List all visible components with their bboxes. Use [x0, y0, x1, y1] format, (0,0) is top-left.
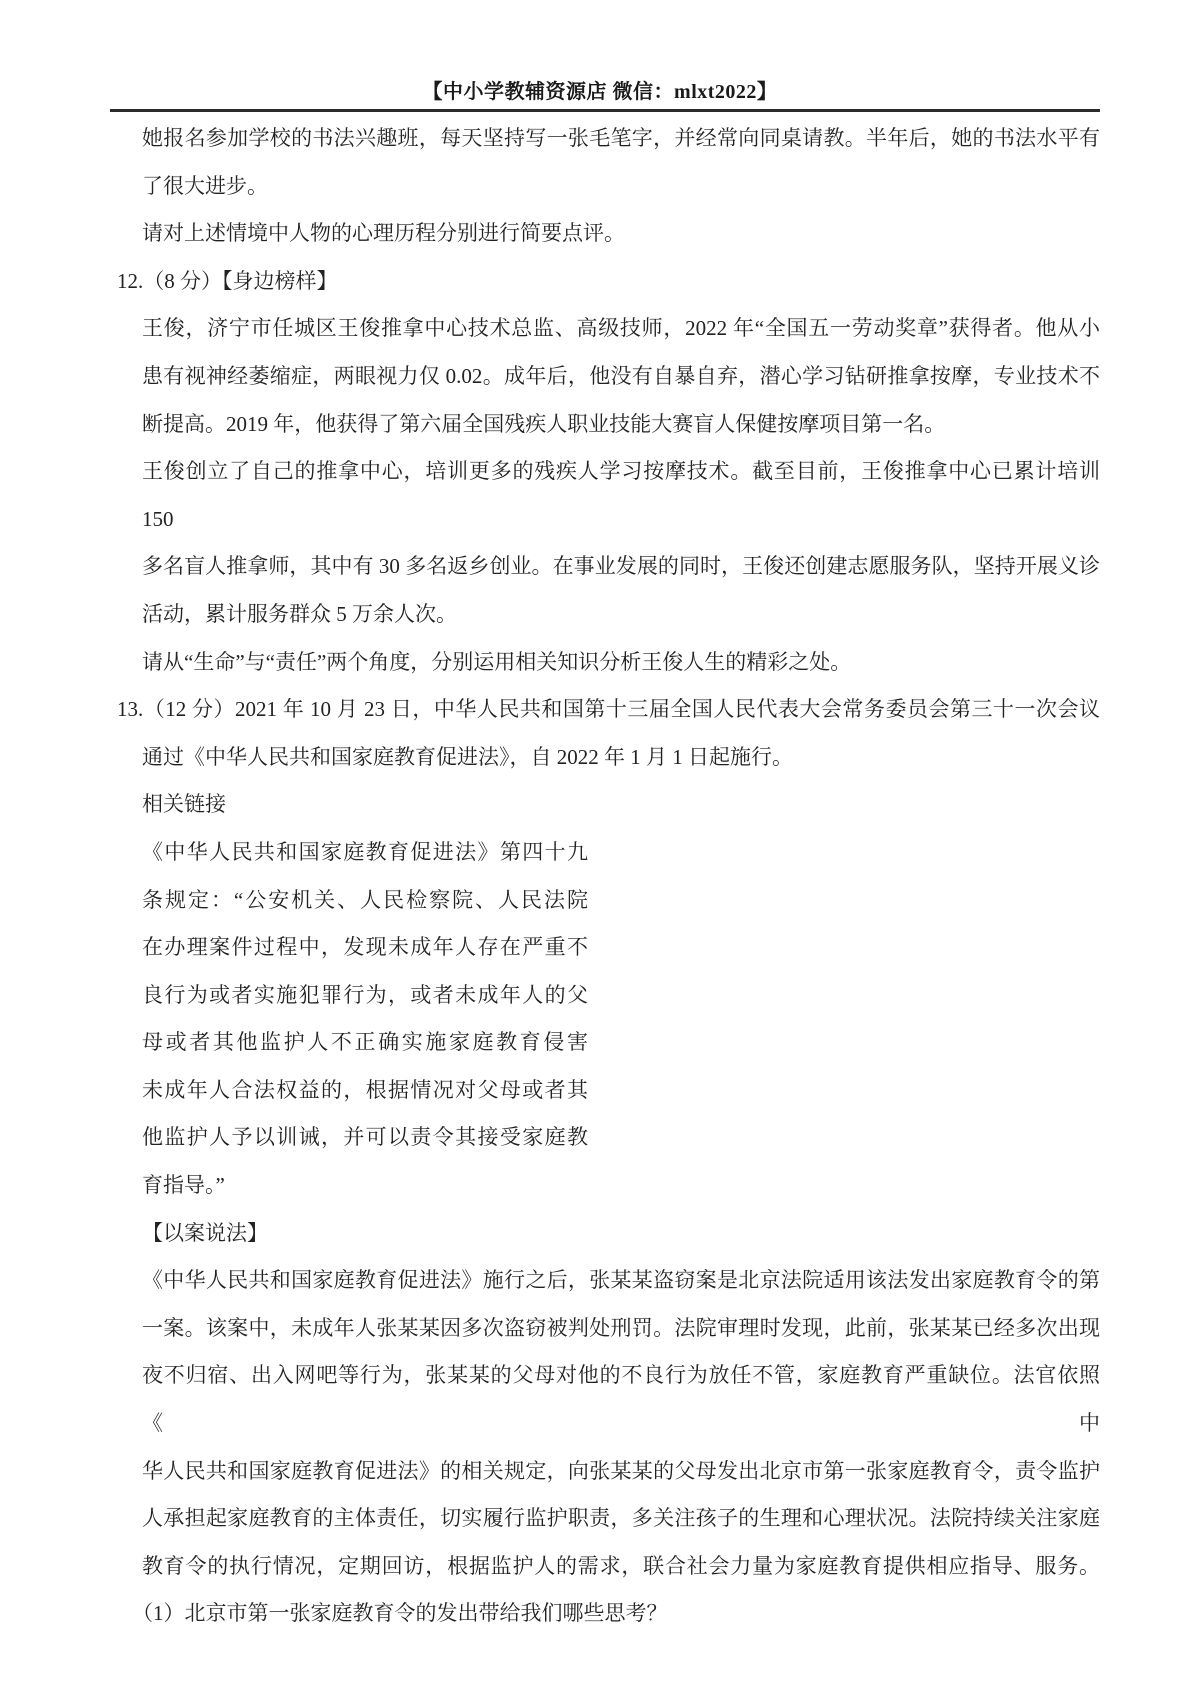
paragraph-line: 请对上述情境中人物的心理历程分别进行简要点评。: [142, 210, 1100, 258]
header-divider: [110, 109, 1100, 112]
law-excerpt-line: 条规定：“公安机关、人民检察院、人民法院: [142, 877, 588, 925]
law-excerpt-line: 良行为或者实施犯罪行为，或者未成年人的父: [142, 972, 588, 1020]
law-excerpt-line: 未成年人合法权益的，根据情况对父母或者其: [142, 1067, 588, 1115]
law-excerpt-line: 他监护人予以训诫，并可以责令其接受家庭教: [142, 1114, 588, 1162]
paragraph-line: 活动，累计服务群众 5 万余人次。: [142, 591, 1100, 639]
paragraph-line: 她报名参加学校的书法兴趣班，每天坚持写一张毛笔字，并经常向同桌请教。半年后，她的…: [142, 115, 1100, 163]
paragraph-line: 了很大进步。: [142, 163, 1100, 211]
law-excerpt-line: 《中华人民共和国家庭教育促进法》第四十九: [142, 829, 588, 877]
paragraph-line: 患有视神经萎缩症，两眼视力仅 0.02。成年后，他没有自暴自弃，潜心学习钻研推拿…: [142, 353, 1100, 401]
case-study-label: 【以案说法】: [142, 1210, 1100, 1258]
paragraph-line: 《中华人民共和国家庭教育促进法》施行之后，张某某盗窃案是北京法院适用该法发出家庭…: [142, 1257, 1100, 1305]
document-body: 她报名参加学校的书法兴趣班，每天坚持写一张毛笔字，并经常向同桌请教。半年后，她的…: [142, 115, 1100, 1638]
paragraph-line: 人承担起家庭教育的主体责任，切实履行监护职责，多关注孩子的生理和心理状况。法院持…: [142, 1495, 1100, 1543]
paragraph-line: 断提高。2019 年，他获得了第六届全国残疾人职业技能大赛盲人保健按摩项目第一名…: [142, 401, 1100, 449]
question-13-heading: 13.（12 分）2021 年 10 月 23 日，中华人民共和国第十三届全国人…: [117, 686, 1100, 734]
paragraph-line: 教育令的执行情况，定期回访，根据监护人的需求，联合社会力量为家庭教育提供相应指导…: [142, 1543, 1100, 1591]
paragraph-line: 华人民共和国家庭教育促进法》的相关规定，向张某某的父母发出北京市第一张家庭教育令…: [142, 1448, 1100, 1496]
paragraph-line: 请从“生命”与“责任”两个角度，分别运用相关知识分析王俊人生的精彩之处。: [142, 639, 1100, 687]
related-link-label: 相关链接: [142, 781, 1100, 829]
law-excerpt-line: 在办理案件过程中，发现未成年人存在严重不: [142, 924, 588, 972]
paragraph-line: 王俊创立了自己的推拿中心，培训更多的残疾人学习按摩技术。截至目前，王俊推拿中心已…: [142, 448, 1100, 543]
law-excerpt-line: 母或者其他监护人不正确实施家庭教育侵害: [142, 1019, 588, 1067]
document-page: 【中小学教辅资源店 微信：mlxt2022】 她报名参加学校的书法兴趣班，每天坚…: [0, 0, 1200, 1698]
paragraph-line: 通过《中华人民共和国家庭教育促进法》，自 2022 年 1 月 1 日起施行。: [142, 734, 1100, 782]
question-12-heading: 12.（8 分）【身边榜样】: [117, 258, 1100, 306]
paragraph-line: 一案。该案中，未成年人张某某因多次盗窃被判处刑罚。法院审理时发现，此前，张某某已…: [142, 1305, 1100, 1353]
shop-banner: 【中小学教辅资源店 微信：mlxt2022】: [0, 80, 1200, 104]
paragraph-line: 多名盲人推拿师，其中有 30 多名返乡创业。在事业发展的同时，王俊还创建志愿服务…: [142, 543, 1100, 591]
paragraph-line: 夜不归宿、出入网吧等行为，张某某的父母对他的不良行为放任不管，家庭教育严重缺位。…: [142, 1352, 1100, 1447]
law-excerpt-line: 育指导。”: [142, 1162, 1100, 1210]
sub-question-1-line: （1）北京市第一张家庭教育令的发出带给我们哪些思考？: [132, 1590, 1100, 1638]
paragraph-line: 王俊，济宁市任城区王俊推拿中心技术总监、高级技师，2022 年“全国五一劳动奖章…: [142, 305, 1100, 353]
